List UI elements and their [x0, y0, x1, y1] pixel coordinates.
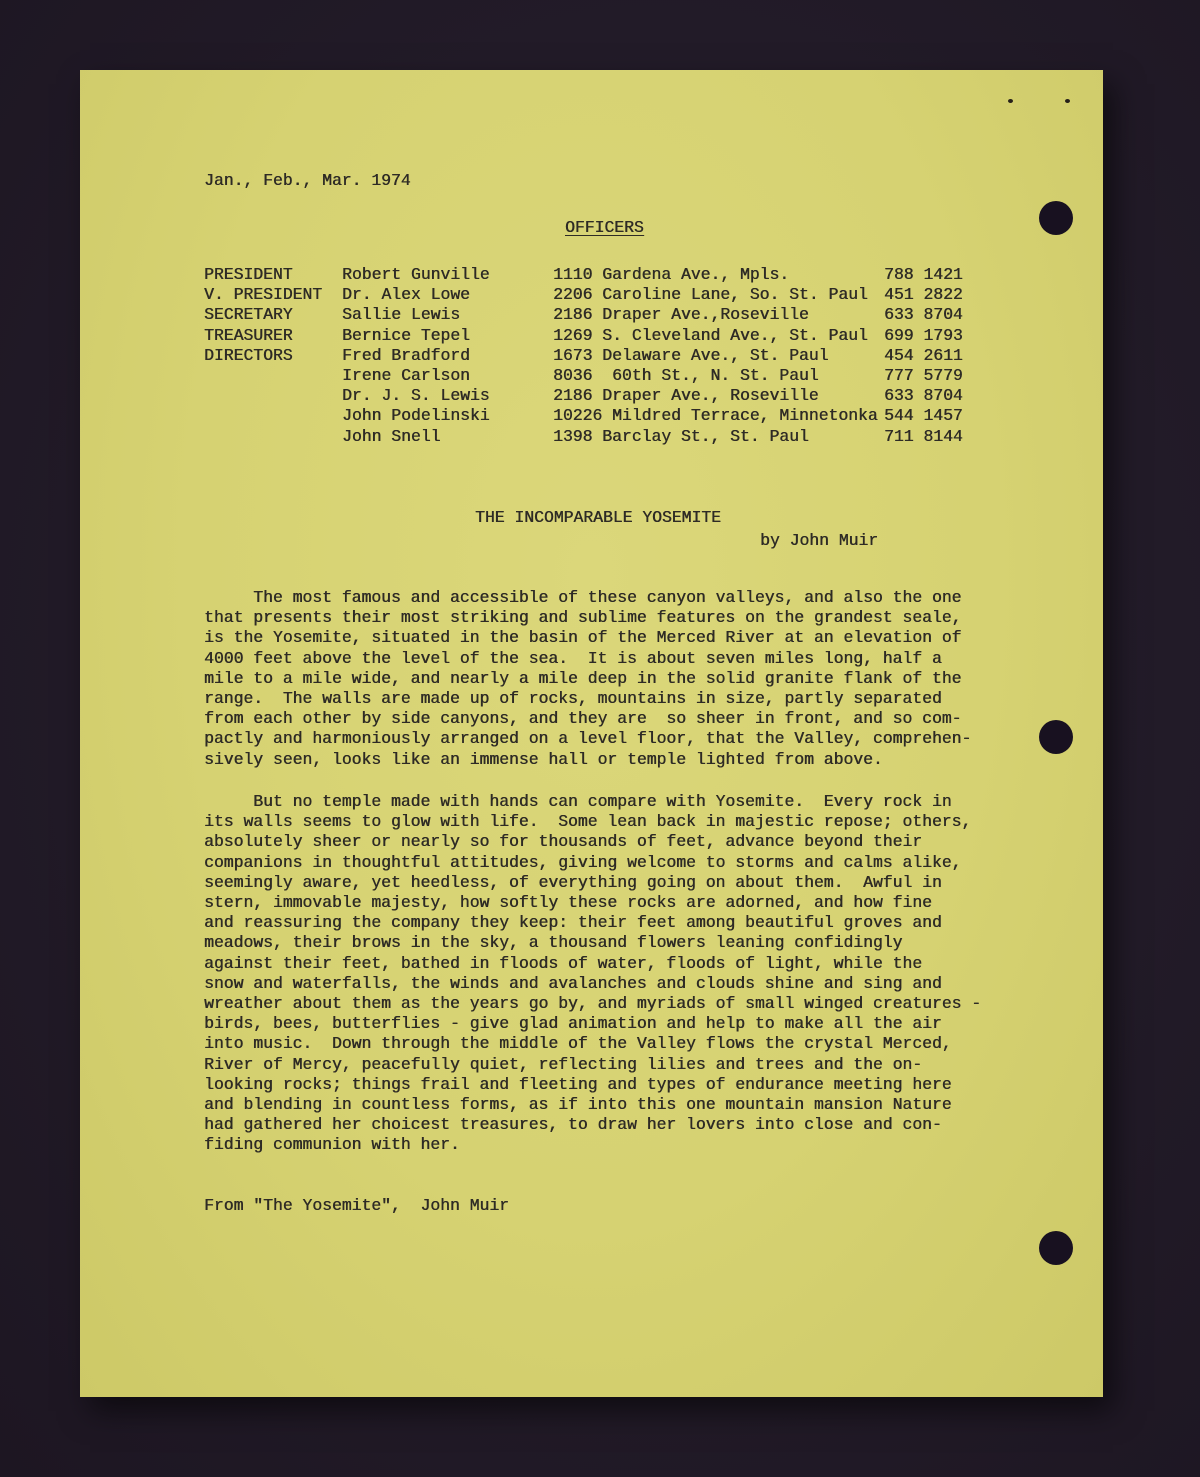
officer-name: John Podelinski [342, 406, 553, 426]
officer-address: 2186 Draper Ave.,Roseville [553, 305, 884, 325]
officer-phone: 711 8144 [884, 427, 963, 447]
officer-address: 8036 60th St., N. St. Paul [553, 366, 884, 386]
article-paragraph-2: But no temple made with hands can compar… [204, 792, 981, 1156]
officers-heading: OFFICERS [565, 218, 644, 238]
officer-role [204, 386, 342, 406]
officer-role: DIRECTORS [204, 346, 342, 366]
officer-name: Irene Carlson [342, 366, 553, 386]
officer-address: 1673 Delaware Ave., St. Paul [553, 346, 884, 366]
scan-background: Jan., Feb., Mar. 1974 OFFICERS PRESIDENT… [0, 0, 1200, 1477]
officer-name: Dr. Alex Lowe [342, 285, 553, 305]
officer-name: Sallie Lewis [342, 305, 553, 325]
officer-name: Fred Bradford [342, 346, 553, 366]
officer-row: Dr. J. S. Lewis2186 Draper Ave., Rosevil… [204, 386, 1084, 406]
officer-row: John Podelinski10226 Mildred Terrace, Mi… [204, 406, 1084, 426]
officer-role: V. PRESIDENT [204, 285, 342, 305]
officer-role: TREASURER [204, 326, 342, 346]
officer-phone: 788 1421 [884, 265, 963, 285]
source-attribution: From "The Yosemite", John Muir [204, 1196, 509, 1216]
newsletter-page: Jan., Feb., Mar. 1974 OFFICERS PRESIDENT… [80, 70, 1103, 1397]
officer-address: 1110 Gardena Ave., Mpls. [553, 265, 884, 285]
article-paragraph-1: The most famous and accessible of these … [204, 588, 971, 770]
officer-phone: 633 8704 [884, 386, 963, 406]
officer-phone: 544 1457 [884, 406, 963, 426]
officer-address: 2186 Draper Ave., Roseville [553, 386, 884, 406]
officer-phone: 699 1793 [884, 326, 963, 346]
officer-name: Bernice Tepel [342, 326, 553, 346]
officer-address: 2206 Caroline Lane, So. St. Paul [553, 285, 884, 305]
punch-hole-middle [1039, 720, 1073, 754]
officer-row: John Snell1398 Barclay St., St. Paul711 … [204, 427, 1084, 447]
officers-table: PRESIDENTRobert Gunville1110 Gardena Ave… [204, 265, 1084, 447]
ink-speck [1008, 99, 1013, 103]
officer-role [204, 427, 342, 447]
officer-name: Robert Gunville [342, 265, 553, 285]
officer-name: Dr. J. S. Lewis [342, 386, 553, 406]
officer-address: 10226 Mildred Terrace, Minnetonka [553, 406, 884, 426]
officer-row: TREASURERBernice Tepel1269 S. Cleveland … [204, 326, 1084, 346]
ink-speck [1065, 99, 1070, 103]
officer-role: SECRETARY [204, 305, 342, 325]
officer-row: V. PRESIDENTDr. Alex Lowe2206 Caroline L… [204, 285, 1084, 305]
officer-phone: 454 2611 [884, 346, 963, 366]
officer-role: PRESIDENT [204, 265, 342, 285]
officer-row: PRESIDENTRobert Gunville1110 Gardena Ave… [204, 265, 1084, 285]
officer-phone: 777 5779 [884, 366, 963, 386]
officer-address: 1269 S. Cleveland Ave., St. Paul [553, 326, 884, 346]
article-title: THE INCOMPARABLE YOSEMITE [475, 508, 721, 528]
officer-row: Irene Carlson8036 60th St., N. St. Paul7… [204, 366, 1084, 386]
officer-row: DIRECTORSFred Bradford1673 Delaware Ave.… [204, 346, 1084, 366]
officer-role [204, 406, 342, 426]
officer-role [204, 366, 342, 386]
officer-row: SECRETARYSallie Lewis2186 Draper Ave.,Ro… [204, 305, 1084, 325]
article-byline: by John Muir [760, 531, 878, 551]
officer-phone: 633 8704 [884, 305, 963, 325]
officer-phone: 451 2822 [884, 285, 963, 305]
officer-name: John Snell [342, 427, 553, 447]
issue-date: Jan., Feb., Mar. 1974 [204, 171, 411, 191]
officer-address: 1398 Barclay St., St. Paul [553, 427, 884, 447]
punch-hole-bottom [1039, 1231, 1073, 1265]
punch-hole-top [1039, 201, 1073, 235]
